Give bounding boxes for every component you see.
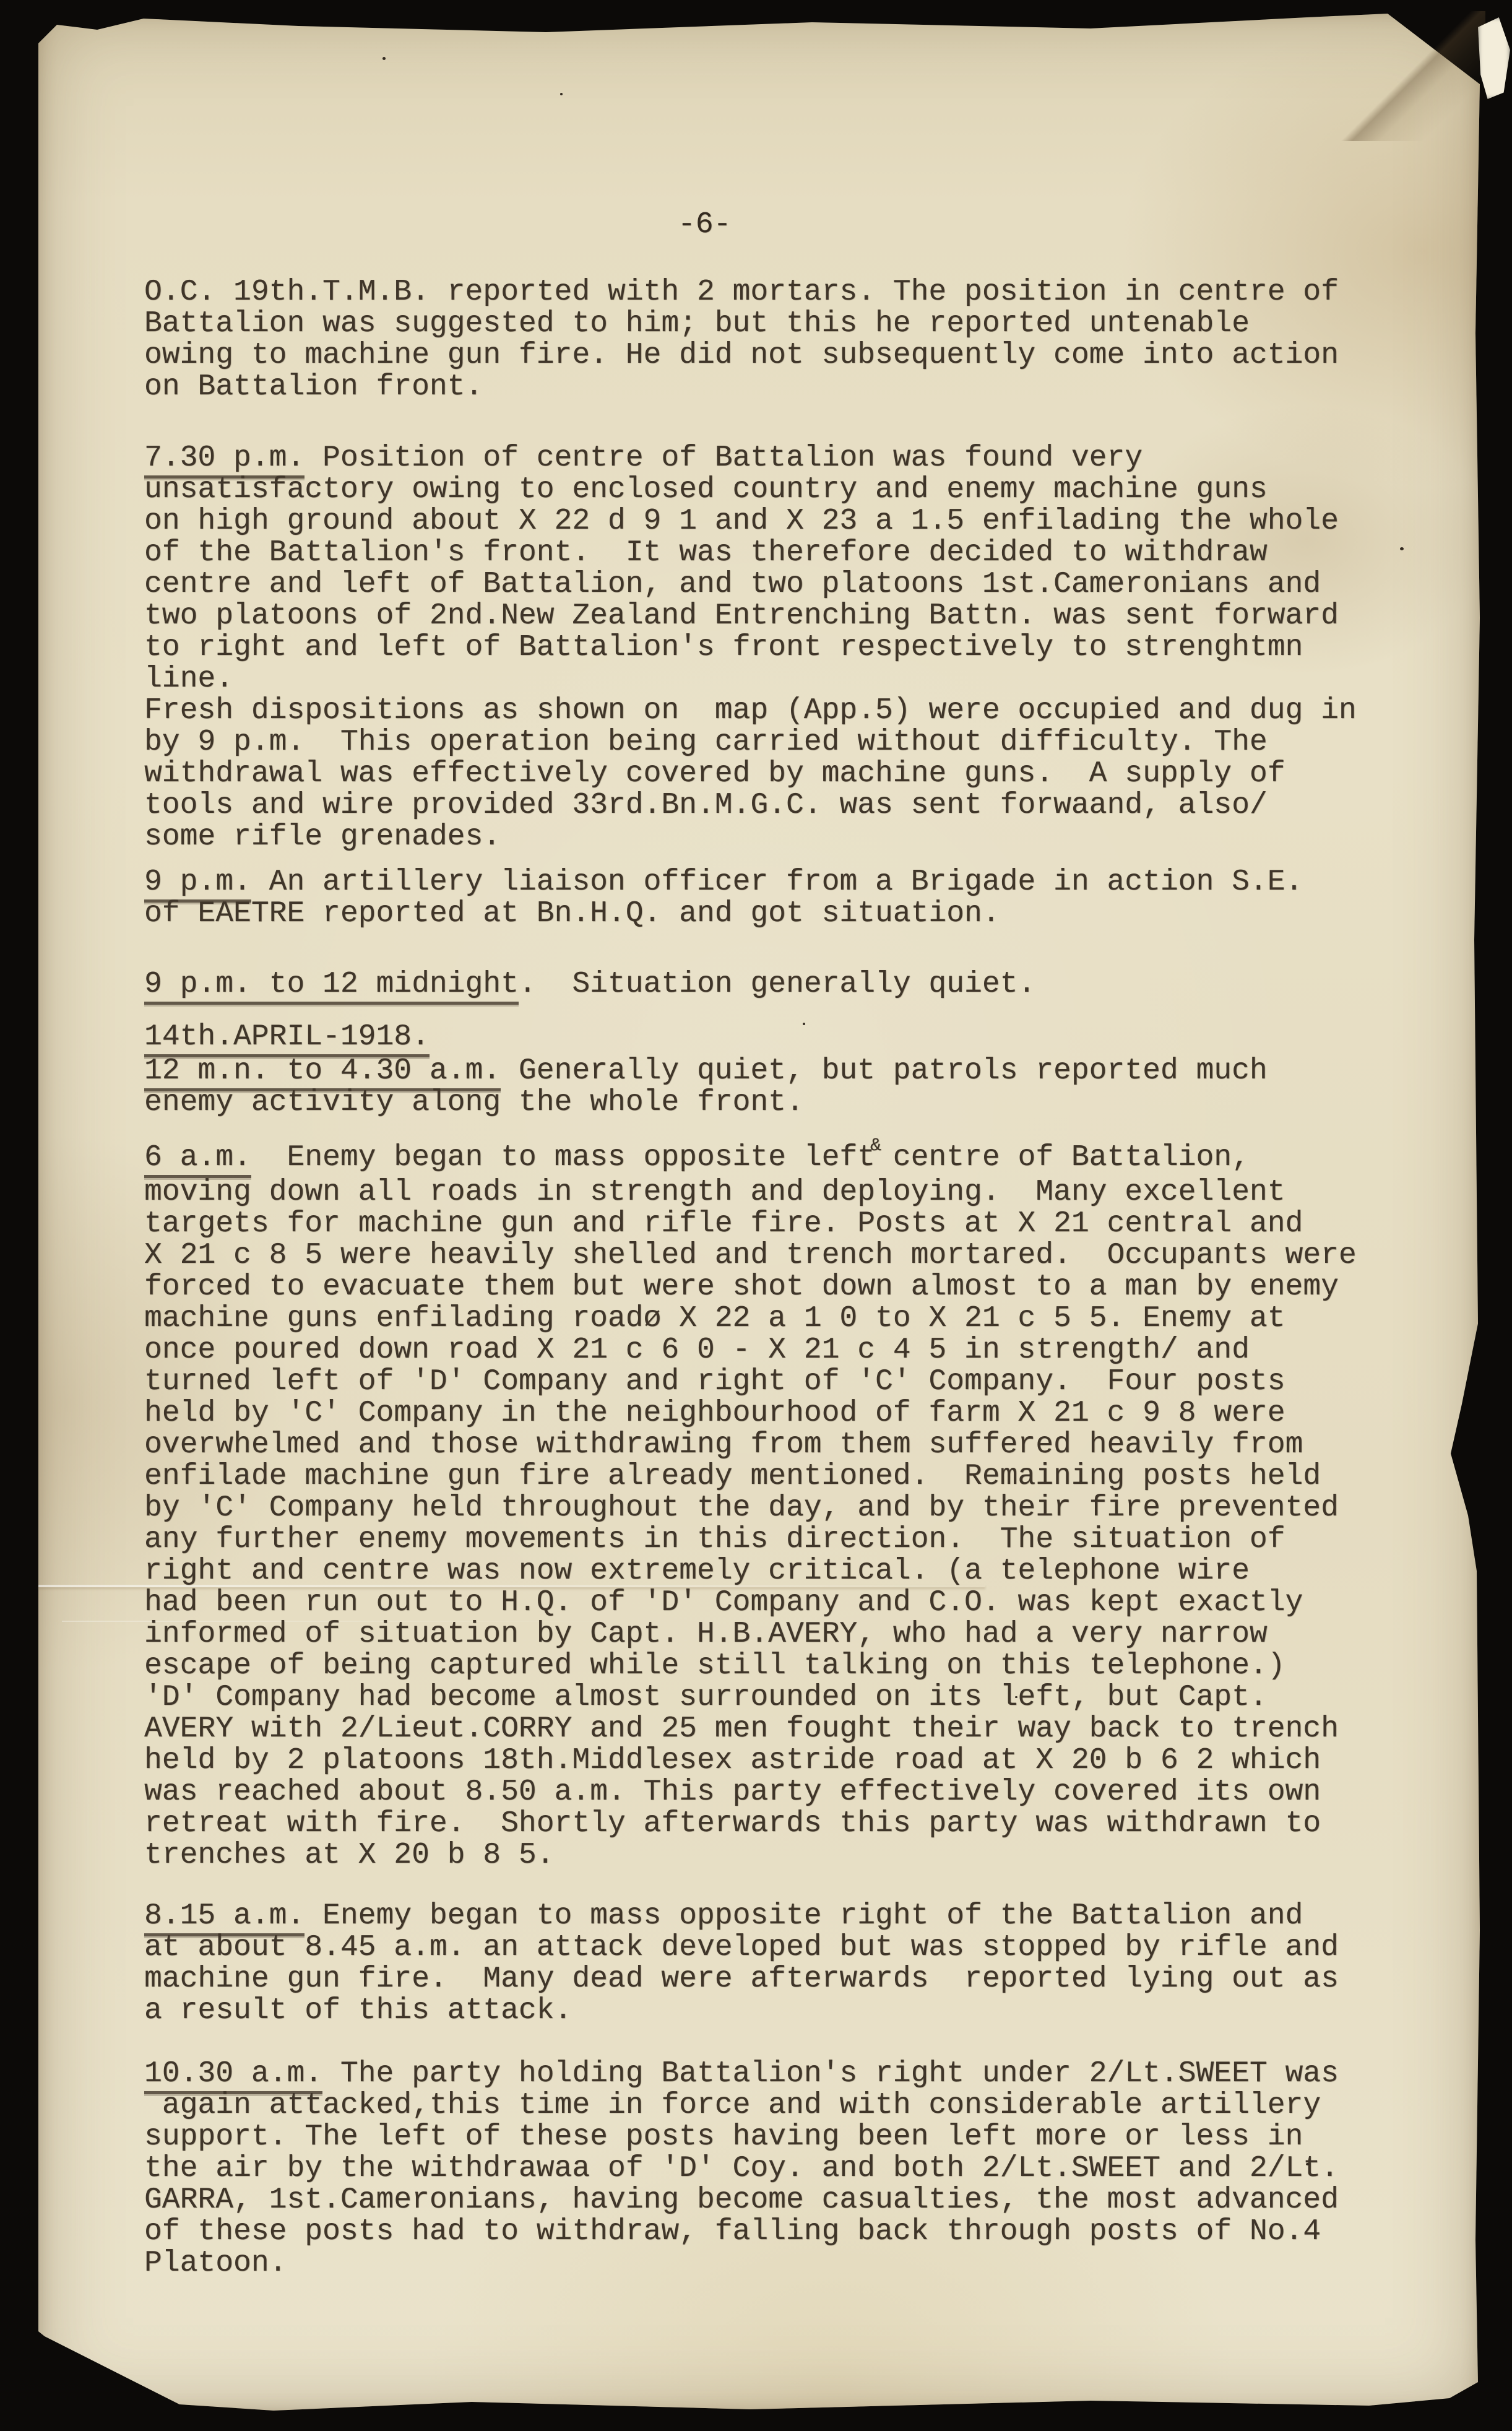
diary-entry: 10.30 a.m. The party holding Battalion's… xyxy=(144,2058,1419,2279)
entry-text: . Situation generally quiet. xyxy=(519,968,1035,1001)
diary-entry: 7.30 p.m. Position of centre of Battalio… xyxy=(144,443,1419,853)
entry-text: O.C. 19th.T.M.B. reported with 2 mortars… xyxy=(144,275,1339,404)
page-number: -6- xyxy=(678,209,731,241)
entry-date-heading: 14th.APRIL-1918. xyxy=(144,1020,430,1057)
entry-text: Position of centre of Battalion was foun… xyxy=(144,441,1357,854)
entry-text: centre of Battalion, moving down all roa… xyxy=(144,1141,1357,1872)
diary-entries: O.C. 19th.T.M.B. reported with 2 mortars… xyxy=(144,277,1419,2279)
ink-speck xyxy=(382,57,386,60)
entry-text: Enemy began to mass opposite left xyxy=(251,1141,875,1174)
diary-entry: 9 p.m. to 12 midnight. Situation general… xyxy=(144,969,1419,1000)
entry-text: Enemy began to mass opposite right of th… xyxy=(144,1899,1339,2027)
paper-fragment xyxy=(1478,17,1510,99)
diary-entry: 8.15 a.m. Enemy began to mass opposite r… xyxy=(144,1900,1419,2027)
scan-background: -6- O.C. 19th.T.M.B. reported with 2 mor… xyxy=(0,0,1512,2431)
entry-time-heading: 6 a.m. xyxy=(144,1141,251,1178)
entry-text: The party holding Battalion's right unde… xyxy=(144,2057,1339,2280)
diary-entry: 6 a.m. Enemy began to mass opposite left… xyxy=(144,1142,1419,1871)
diary-entry: 14th.APRIL-1918. xyxy=(144,1021,1419,1053)
diary-entry: O.C. 19th.T.M.B. reported with 2 mortars… xyxy=(144,277,1419,403)
entry-time-heading: 9 p.m. to 12 midnight xyxy=(144,968,519,1005)
diary-entry: 12 m.n. to 4.30 a.m. Generally quiet, bu… xyxy=(144,1055,1419,1119)
entry-text: An artillery liaison officer from a Brig… xyxy=(144,865,1303,930)
diary-entry: 9 p.m. An artillery liaison officer from… xyxy=(144,867,1419,930)
ink-speck xyxy=(560,93,563,95)
